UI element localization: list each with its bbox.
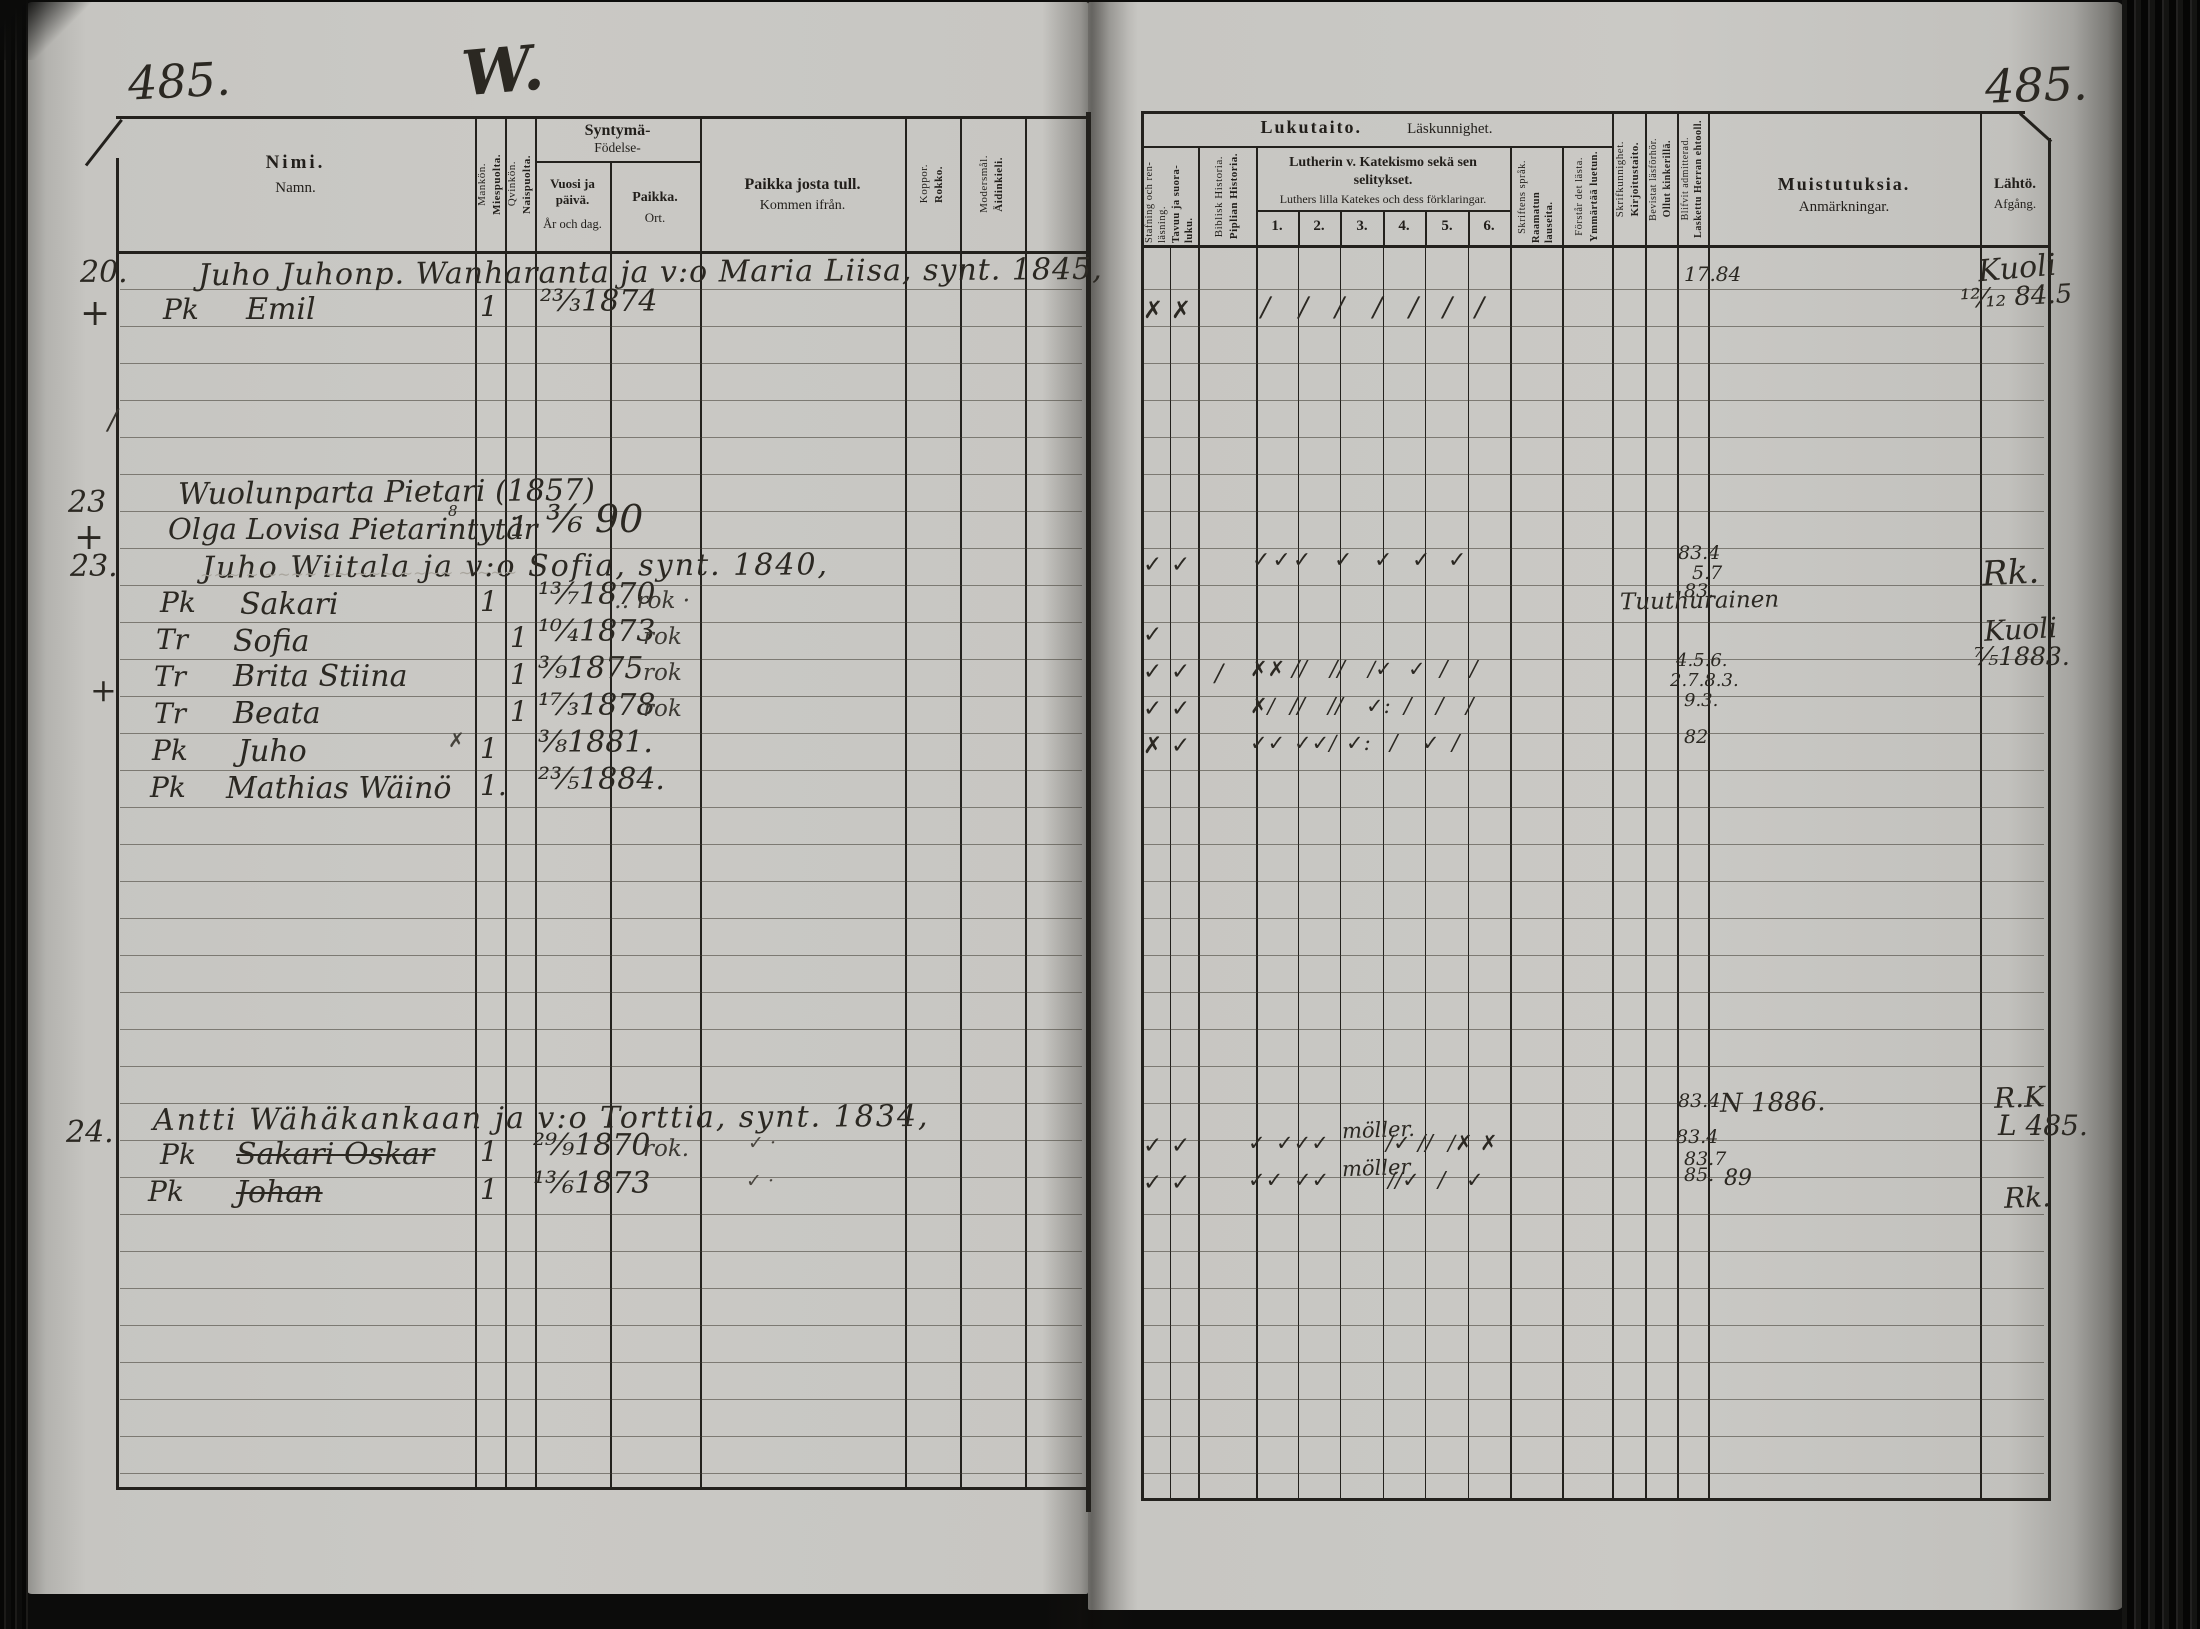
handwritten-text: ✓ <box>1143 1172 1162 1195</box>
col-header-female: Qvinkön.Naispuolta. <box>505 120 535 248</box>
handwritten-text: ∕∕ <box>1292 659 1307 681</box>
catechism-col-1: 1. <box>1256 217 1298 235</box>
table-line <box>1141 146 1612 148</box>
table-line <box>1144 696 2044 697</box>
table-line <box>1144 1214 2044 1215</box>
table-line <box>1144 400 2044 401</box>
table-line <box>1562 245 1564 1498</box>
table-line <box>1340 245 1341 1498</box>
handwritten-text: ∕ <box>1261 294 1270 321</box>
col-header-male: Mankön.Miespuolta. <box>475 120 505 248</box>
handwritten-text: 1. <box>480 772 507 800</box>
handwritten-text: ✓ <box>1143 698 1162 721</box>
handwritten-text: ✗ <box>1171 298 1191 322</box>
handwritten-text: 85. <box>1684 1166 1714 1185</box>
handwritten-text: ∕✓ <box>1368 659 1393 680</box>
handwritten-text: 83.4 <box>1678 544 1720 563</box>
handwritten-text: ✓ <box>1171 1135 1190 1158</box>
handwritten-text: ✓ <box>1143 661 1162 684</box>
handwritten-text: Juho <box>238 737 307 767</box>
table-line <box>120 844 1082 845</box>
handwritten-text: ✓✓∕ <box>1294 733 1336 754</box>
handwritten-text: ✗ <box>1480 1133 1498 1154</box>
col-header-writing: Skrifkunnighet.Kirjoitustaito. <box>1612 114 1645 244</box>
section-header-birth: Syntymä- Födelse- <box>535 122 700 156</box>
col-header-scripture: Skriftens språk.Raamatun lauseita. <box>1510 150 1562 243</box>
table-line <box>1144 1436 2044 1437</box>
handwritten-text: ∕∕✓ <box>1388 1170 1420 1191</box>
handwritten-text: ¹²⁄₁₂ 84.5 <box>1959 281 2072 313</box>
table-line <box>120 1251 1082 1252</box>
handwritten-text: 23 <box>68 488 106 518</box>
table-line <box>1198 245 1200 1498</box>
handwritten-text: rok. <box>643 1138 689 1161</box>
handwritten-text: ‥ rok · <box>614 590 690 613</box>
table-line <box>120 955 1082 956</box>
handwritten-text: Pk <box>160 589 196 617</box>
handwritten-text: Rk. <box>1981 555 2040 592</box>
handwritten-text: ∕ <box>108 406 117 434</box>
handwritten-text: Pk <box>148 1178 184 1206</box>
section-header-literacy: Lukutaito. Läskunnighet. <box>1141 117 1612 138</box>
table-line <box>120 437 1082 438</box>
table-line <box>1141 1498 2050 1501</box>
handwritten-text: 8 <box>448 504 458 519</box>
col-header-comprehension: Förstår det lästa.Ymmärtää luetun. <box>1562 150 1612 243</box>
handwritten-text: ✓ <box>1171 661 1190 684</box>
table-line <box>1612 245 1614 1498</box>
handwritten-text: ∕ <box>1436 696 1443 718</box>
table-line <box>1708 245 1710 1498</box>
handwritten-text: ¹⁰⁄₄1873 <box>538 617 655 647</box>
handwritten-text: Tr <box>156 626 188 654</box>
handwritten-text: + <box>90 674 117 706</box>
handwritten-text: ✓✓ <box>1250 733 1285 754</box>
col-header-remarks: Muistutuksia. Anmärkningar. <box>1708 174 1980 216</box>
col-header-departure: Lähtö. Afgång. <box>1980 176 2050 212</box>
handwritten-text: ¹³⁄₆1873 <box>533 1169 650 1199</box>
handwritten-text: ✓✓✓ <box>1252 550 1313 572</box>
handwritten-text: 9.3. <box>1684 692 1718 710</box>
handwritten-text: Johan <box>236 1178 323 1208</box>
table-line <box>1144 807 2044 808</box>
handwritten-text: ✓ <box>1466 1170 1484 1191</box>
table-line <box>1383 245 1384 1498</box>
handwritten-text: ²⁹⁄₉1870 <box>533 1131 650 1161</box>
table-line <box>1980 245 1982 1498</box>
table-line <box>535 161 700 163</box>
handwritten-text: ✓ <box>1448 550 1466 572</box>
handwritten-text: rok <box>643 662 682 685</box>
handwritten-text: Emil <box>246 295 316 325</box>
handwritten-text: ∕∕ <box>1418 1133 1433 1155</box>
table-line <box>1170 245 1171 1498</box>
table-line <box>120 474 1082 475</box>
handwritten-text: 1 <box>510 698 528 726</box>
handwritten-text: Beata <box>233 699 321 729</box>
catechism-col-5: 5. <box>1426 217 1468 235</box>
handwritten-text: ∕ <box>1440 659 1447 681</box>
table-line <box>1144 1362 2044 1363</box>
handwritten-text: ²³⁄₃1874 <box>540 287 657 317</box>
table-line <box>120 363 1082 364</box>
handwritten-text: ∕ <box>1443 294 1452 321</box>
table-line <box>1144 1029 2044 1030</box>
handwritten-text: ∕∕ <box>1328 696 1343 718</box>
handwritten-text: ✓ · <box>746 1172 774 1191</box>
handwritten-text: ∕✓ <box>1386 1133 1411 1154</box>
handwritten-text: ¹⁷⁄₃1878 <box>538 691 655 721</box>
handwritten-text: ✓ <box>1374 550 1392 572</box>
handwritten-text: ✓: <box>1346 733 1371 754</box>
table-line <box>1144 1288 2044 1289</box>
handwritten-text: ✓ <box>1412 550 1430 572</box>
handwritten-text: Mathias Wäinö <box>226 774 451 804</box>
table-line <box>1144 918 2044 919</box>
col-header-bible-history: Biblisk Historia.Piplian Historia. <box>1198 150 1256 243</box>
handwritten-text: Wuolunparta Pietari (1857) <box>178 476 595 510</box>
col-header-spelling-reading: Stafning och ren-läsning.Tavuu ja suora-… <box>1141 150 1198 243</box>
handwritten-text: ∕ <box>1470 659 1477 681</box>
handwritten-text: 1 <box>510 661 528 689</box>
handwritten-text: ✓ <box>1143 624 1162 647</box>
handwritten-text: ∕ <box>1373 294 1382 321</box>
table-line <box>120 1214 1082 1215</box>
handwritten-text: ³⁄₆ 90 <box>546 500 643 538</box>
handwritten-text: ∕ <box>1475 294 1484 321</box>
table-line <box>1025 116 1027 253</box>
table-line <box>120 1473 1082 1474</box>
handwritten-text: ✗ <box>1143 298 1163 322</box>
handwritten-text: ✓✓ <box>1248 1170 1283 1191</box>
handwritten-text: 4.5.6. <box>1676 652 1728 670</box>
handwritten-text: Olga Lovisa Pietarintytär <box>168 515 537 544</box>
handwritten-text: rok <box>643 698 682 721</box>
col-header-attendance: Bevistat läsförhör.Ollut kinkerillä. <box>1645 114 1677 244</box>
table-line <box>1144 622 2044 623</box>
handwritten-text: ✓: <box>1366 696 1391 717</box>
handwritten-text: ∕ <box>1452 733 1459 755</box>
handwritten-text: ∕∕ <box>1330 659 1345 681</box>
handwritten-text: ∕ <box>1466 696 1473 718</box>
handwritten-text: Tr <box>154 700 186 728</box>
handwritten-text: ⁷⁄₅1883. <box>1974 644 2070 669</box>
table-line <box>120 807 1082 808</box>
table-line <box>1086 112 1091 1512</box>
table-line <box>116 116 1090 119</box>
table-line <box>1298 245 1299 1498</box>
table-line <box>120 1399 1082 1400</box>
handwritten-text: ∕ <box>1409 294 1418 321</box>
table-line <box>1677 245 1679 1498</box>
table-line <box>1256 245 1258 1498</box>
table-line <box>1144 363 2044 364</box>
table-line <box>1144 1103 2044 1104</box>
handwritten-text: ∕∕ <box>1290 696 1305 718</box>
table-line <box>120 1288 1082 1289</box>
handwritten-text: ✓ <box>1143 1135 1162 1158</box>
book-edge-left <box>0 0 28 1629</box>
table-line <box>1645 245 1647 1498</box>
handwritten-text: 485. <box>1984 60 2088 110</box>
handwritten-text: ∕ <box>1438 1170 1445 1192</box>
col-header-birthdate: Vuosi ja päivä. År och dag. <box>537 176 608 232</box>
handwritten-text: rok <box>643 626 682 649</box>
table-line <box>1141 111 2025 114</box>
table-line <box>120 1436 1082 1437</box>
col-header-name: Nimi. Namn. <box>116 152 475 197</box>
handwritten-text: Sofia <box>233 627 310 657</box>
table-line <box>1144 955 2044 956</box>
handwritten-text: L 485. <box>1998 1112 2088 1140</box>
handwritten-text: Pk <box>152 737 188 765</box>
table-line <box>120 1362 1082 1363</box>
table-line <box>1144 844 2044 845</box>
col-header-birthplace: Paikka. Ort. <box>610 190 700 226</box>
table-line <box>1141 245 2050 248</box>
handwritten-text: ✗ <box>448 730 465 750</box>
handwritten-text: ³⁄₈1881. <box>538 728 653 758</box>
handwritten-text: Pk <box>160 1141 196 1169</box>
handwritten-text: 1 <box>510 624 528 652</box>
handwritten-text: ✓ <box>1171 698 1190 721</box>
table-line <box>1144 1066 2044 1067</box>
table-line <box>1510 245 1512 1498</box>
handwritten-text: 1 <box>480 1176 498 1204</box>
catechism-col-4: 4. <box>1383 217 1425 235</box>
col-header-smallpox: Koppor.Rokko. <box>905 120 960 248</box>
table-line <box>1425 245 1426 1498</box>
handwritten-text: ³⁄₉1875 <box>538 654 643 684</box>
col-header-came-from: Paikka josta tull. Kommen ifrån. <box>700 176 905 214</box>
col-header-communion: Blifvit admitterad.Laskettu Herran ehtoo… <box>1677 114 1708 244</box>
handwritten-text: 83. <box>1684 582 1714 601</box>
handwritten-text: ✓ <box>1171 554 1190 577</box>
handwritten-text: 1 <box>480 293 498 321</box>
book-edge-right <box>2122 0 2200 1629</box>
table-line <box>120 400 1082 401</box>
handwritten-text: Pk <box>150 774 186 802</box>
handwritten-text: ∕ <box>1390 733 1397 755</box>
handwritten-text: 1 <box>480 588 498 616</box>
table-line <box>1144 992 2044 993</box>
table-line <box>2048 138 2051 1501</box>
handwritten-text: Pk <box>163 296 199 324</box>
table-line <box>1468 245 1469 1498</box>
handwritten-text: 1 <box>510 513 528 541</box>
handwritten-text: 17.84 <box>1684 264 1741 284</box>
table-line <box>1144 1399 2044 1400</box>
handwritten-text: ∕ <box>1215 661 1223 685</box>
handwritten-text: ✓ <box>1334 550 1352 572</box>
table-line <box>120 1029 1082 1030</box>
handwritten-text: ✓✓✓ <box>1276 1133 1329 1154</box>
table-line <box>120 1325 1082 1326</box>
handwritten-text: ∕ <box>1299 294 1308 321</box>
ledger-scan: Nimi. Namn. Mankön.Miespuolta. Qvinkön.N… <box>0 0 2200 1629</box>
handwritten-text: ✓✓ <box>1294 1170 1329 1191</box>
handwritten-text: ✓ <box>1422 733 1440 754</box>
handwritten-text: ✓ <box>1171 1172 1190 1195</box>
table-line <box>1144 1473 2044 1474</box>
handwritten-text: ✗ <box>1143 735 1162 758</box>
handwritten-text: ✗✗ <box>1250 659 1285 680</box>
handwritten-text: ✓ <box>1408 659 1426 680</box>
table-line <box>116 158 119 1490</box>
table-line <box>120 918 1082 919</box>
handwritten-text: N 1886. <box>1720 1089 1826 1117</box>
table-line <box>1144 585 2044 586</box>
col-header-language: Modersmål.Äidinkieli. <box>960 120 1025 248</box>
table-line <box>120 992 1082 993</box>
handwritten-text: ∕ <box>1404 696 1411 718</box>
handwritten-text: 24. <box>66 1118 114 1148</box>
table-line <box>1144 511 2044 512</box>
handwritten-text: ∕✗ <box>1448 1133 1473 1154</box>
handwritten-text: Tr <box>154 663 186 691</box>
handwritten-text: ²³⁄₅1884. <box>538 765 665 795</box>
handwritten-text: 2.7.8.3. <box>1670 672 1739 690</box>
handwritten-text: ✓ <box>1171 735 1190 758</box>
handwritten-text: ✓ <box>1143 554 1162 577</box>
handwritten-text: 20. <box>80 258 128 288</box>
handwritten-text: ∕ <box>1335 294 1344 321</box>
handwritten-text: 83.4 <box>1676 1128 1718 1147</box>
handwritten-text: Sakari <box>240 590 338 620</box>
table-line <box>120 1066 1082 1067</box>
handwritten-text: 89 <box>1724 1168 1752 1190</box>
book-corner-shadow <box>0 0 130 60</box>
handwritten-text: ✓ · <box>748 1134 776 1153</box>
table-line <box>1144 770 2044 771</box>
handwritten-text: Sakari Oskar <box>236 1140 434 1170</box>
table-line <box>1144 474 2044 475</box>
table-line <box>1144 289 2044 290</box>
handwritten-text: 485. <box>127 55 232 106</box>
handwritten-text: Brita Stiina <box>233 662 407 692</box>
right-page <box>1088 2 2124 1610</box>
handwritten-text: 1 <box>480 735 498 763</box>
table-line <box>1144 326 2044 327</box>
handwritten-text: Rk. <box>2004 1183 2052 1213</box>
handwritten-text: 82 <box>1684 728 1708 747</box>
handwritten-text: W. <box>459 37 546 106</box>
handwritten-text: 83.4 <box>1678 1092 1720 1111</box>
handwritten-text: 23. <box>70 552 118 582</box>
table-line <box>1144 881 2044 882</box>
handwritten-text: ✗∕ <box>1250 696 1275 717</box>
table-line <box>116 1487 1090 1490</box>
table-line <box>120 881 1082 882</box>
table-line <box>1144 1251 2044 1252</box>
handwritten-text: ~~~ ~ ~~~~ ~~ ~~~ ~~~~ ~ ~~~ <box>200 565 517 584</box>
catechism-col-2: 2. <box>1298 217 1340 235</box>
table-line <box>1144 437 2044 438</box>
table-line <box>1144 1325 2044 1326</box>
catechism-col-3: 3. <box>1341 217 1383 235</box>
catechism-col-6: 6. <box>1468 217 1510 235</box>
handwritten-text: ✓ <box>1248 1133 1266 1154</box>
section-header-catechism: Lutherin v. Katekismo sekä sen selitykse… <box>1258 154 1508 206</box>
handwritten-text: + <box>80 296 110 332</box>
handwritten-text: 1 <box>480 1138 498 1166</box>
